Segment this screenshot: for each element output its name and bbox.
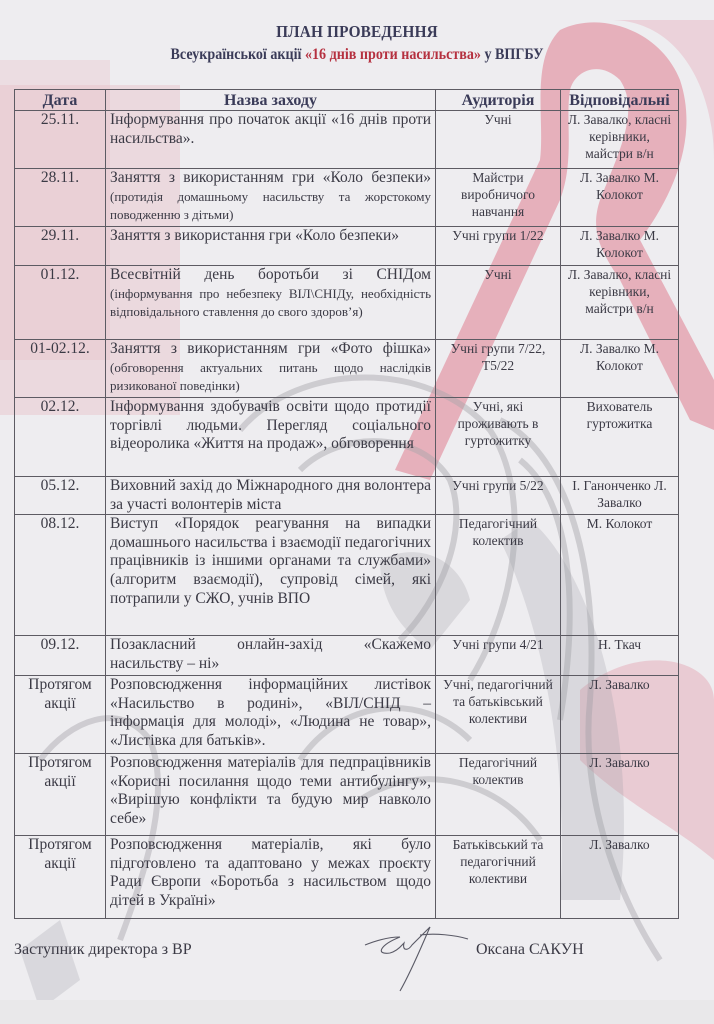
event-date: 09.12.: [15, 636, 106, 676]
event-date: 02.12.: [15, 398, 106, 477]
event-name: Заняття з використанням гри «Коло безпек…: [106, 169, 436, 227]
event-date-text: Протягом акції: [28, 836, 91, 872]
event-date: Протягом акції: [15, 754, 106, 836]
event-audience-text: Учні групи 7/22, Т5/22: [451, 341, 546, 373]
event-name-text: Позакласний онлайн-захід «Скажемо насиль…: [110, 636, 431, 672]
event-audience: Учні групи 7/22, Т5/22: [436, 340, 561, 398]
event-audience: Учні групи 5/22: [436, 477, 561, 515]
event-date-text: 01-02.12.: [30, 340, 89, 357]
event-date-text: 08.12.: [41, 515, 80, 532]
event-name-text: Інформування про початок акції «16 днів …: [110, 111, 431, 147]
table-row: 29.11.Заняття з використання гри «Коло б…: [15, 227, 679, 266]
event-responsible: Л. Завалко М. Колокот: [561, 169, 679, 227]
event-audience: Учні групи 1/22: [436, 227, 561, 266]
event-name: Виступ «Порядок реагування на випадки до…: [106, 515, 436, 636]
event-name-text: Заняття з використання гри «Коло безпеки…: [110, 227, 399, 244]
event-date: 08.12.: [15, 515, 106, 636]
event-name-text: Заняття з використанням гри «Коло безпек…: [110, 169, 431, 186]
event-date: Протягом акції: [15, 676, 106, 754]
table-row: 02.12.Інформування здобувачів освіти щод…: [15, 398, 679, 477]
signature-icon: [360, 925, 470, 995]
event-responsible-text: Вихователь гуртожитка: [587, 399, 653, 431]
event-date: 05.12.: [15, 477, 106, 515]
event-audience: Учні: [436, 266, 561, 340]
event-responsible-text: Л. Завалко: [589, 755, 649, 770]
table-row: 09.12.Позакласний онлайн-захід «Скажемо …: [15, 636, 679, 676]
header-event-name: Назва заходу: [106, 90, 436, 111]
event-audience-text: Учні: [484, 267, 511, 282]
event-responsible: Л. Завалко М. Колокот: [561, 340, 679, 398]
event-date-text: 29.11.: [41, 227, 79, 244]
event-name-text: Розповсюдження матеріалів, які було підг…: [110, 836, 431, 909]
event-name-text: Розповсюдження інформаційних листівок «Н…: [110, 676, 431, 749]
header-audience: Аудиторія: [436, 90, 561, 111]
event-responsible-text: Л. Завалко: [589, 677, 649, 692]
event-name-note: (протидія домашньому насильству та жорст…: [110, 189, 431, 223]
event-name-text: Всесвітній день боротьби зі СНІДом: [110, 266, 431, 283]
event-audience-text: Майстри виробничого навчання: [461, 170, 535, 219]
event-audience: Учні, які проживають в гуртожитку: [436, 398, 561, 477]
event-audience-text: Учні: [484, 112, 511, 127]
event-audience: Учні: [436, 111, 561, 169]
event-name: Розповсюдження інформаційних листівок «Н…: [106, 676, 436, 754]
event-date: 25.11.: [15, 111, 106, 169]
event-name: Інформування про початок акції «16 днів …: [106, 111, 436, 169]
event-responsible-text: М. Колокот: [587, 516, 653, 531]
event-responsible-text: Л. Завалко: [589, 837, 649, 852]
table-row: Протягом акціїРозповсюдження матеріалів,…: [15, 836, 679, 919]
event-responsible: Л. Завалко М. Колокот: [561, 227, 679, 266]
signatory-position: Заступник директора з ВР: [14, 941, 192, 959]
event-date: 01.12.: [15, 266, 106, 340]
event-audience-text: Учні, педагогічний та батьківський колек…: [443, 677, 553, 726]
event-responsible-text: Л. Завалко М. Колокот: [580, 170, 659, 202]
table-row: 08.12.Виступ «Порядок реагування на випа…: [15, 515, 679, 636]
event-name: Всесвітній день боротьби зі СНІДом (інфо…: [106, 266, 436, 340]
event-date-text: 28.11.: [41, 169, 79, 186]
event-responsible: Л. Завалко: [561, 836, 679, 919]
event-responsible: Л. Завалко, класні керівники, майстри в/…: [561, 266, 679, 340]
signatory-name: Оксана САКУН: [476, 941, 584, 959]
event-name-note: (обговорення актуальних питань щодо насл…: [110, 360, 431, 394]
table-row: 28.11.Заняття з використанням гри «Коло …: [15, 169, 679, 227]
event-name: Розповсюдження матеріалів, які було підг…: [106, 836, 436, 919]
event-date-text: 01.12.: [41, 266, 80, 283]
event-name-note: (інформування про небезпеку ВІЛ\СНІДу, н…: [110, 286, 431, 320]
event-responsible-text: Л. Завалко М. Колокот: [580, 341, 659, 373]
event-responsible-text: Н. Ткач: [598, 637, 641, 652]
event-date-text: 02.12.: [41, 398, 80, 415]
event-responsible: Л. Завалко, класні керівники, майстри в/…: [561, 111, 679, 169]
event-date-text: Протягом акції: [28, 754, 91, 790]
event-audience-text: Учні групи 5/22: [452, 478, 543, 493]
subtitle-prefix: Всеукраїнської акції: [171, 46, 305, 63]
document-subtitle: Всеукраїнської акції «16 днів проти наси…: [43, 46, 671, 64]
event-responsible-text: Л. Завалко, класні керівники, майстри в/…: [568, 267, 671, 316]
event-responsible-text: І. Ганонченко Л. Завалко: [572, 478, 666, 510]
event-responsible: Вихователь гуртожитка: [561, 398, 679, 477]
event-date-text: 05.12.: [41, 477, 80, 494]
event-date-text: 09.12.: [41, 636, 80, 653]
event-date-text: Протягом акції: [28, 676, 91, 712]
event-audience: Педагогічний колектив: [436, 515, 561, 636]
event-audience-text: Учні, які проживають в гуртожитку: [458, 399, 539, 448]
subtitle-highlight: «16 днів проти насильства»: [305, 46, 481, 63]
event-name: Виховний захід до Міжнародного дня волон…: [106, 477, 436, 515]
event-date: 01-02.12.: [15, 340, 106, 398]
event-audience: Батьківський та педагогічний колективи: [436, 836, 561, 919]
event-audience: Педагогічний колектив: [436, 754, 561, 836]
event-audience-text: Батьківський та педагогічний колективи: [453, 837, 544, 886]
event-date: 29.11.: [15, 227, 106, 266]
table-header-row: Дата Назва заходу Аудиторія Відповідальн…: [15, 90, 679, 111]
event-responsible-text: Л. Завалко, класні керівники, майстри в/…: [568, 112, 671, 161]
event-responsible: І. Ганонченко Л. Завалко: [561, 477, 679, 515]
event-responsible-text: Л. Завалко М. Колокот: [580, 228, 659, 260]
event-responsible: М. Колокот: [561, 515, 679, 636]
event-plan-table: Дата Назва заходу Аудиторія Відповідальн…: [14, 89, 679, 919]
table-row: Протягом акціїРозповсюдження матеріалів …: [15, 754, 679, 836]
event-name-text: Виховний захід до Міжнародного дня волон…: [110, 477, 431, 513]
event-name-text: Розповсюдження матеріалів для педпрацівн…: [110, 754, 431, 827]
header-date: Дата: [15, 90, 106, 111]
event-audience: Майстри виробничого навчання: [436, 169, 561, 227]
event-responsible: Л. Завалко: [561, 754, 679, 836]
event-name: Розповсюдження матеріалів для педпрацівн…: [106, 754, 436, 836]
document-page: ПЛАН ПРОВЕДЕННЯ Всеукраїнської акції «16…: [0, 0, 714, 1024]
event-audience: Учні групи 4/21: [436, 636, 561, 676]
event-audience-text: Учні групи 4/21: [452, 637, 543, 652]
table-row: 05.12.Виховний захід до Міжнародного дня…: [15, 477, 679, 515]
event-audience-text: Педагогічний колектив: [459, 755, 537, 787]
event-audience-text: Педагогічний колектив: [459, 516, 537, 548]
event-responsible: Л. Завалко: [561, 676, 679, 754]
event-name-text: Інформування здобувачів освіти щодо прот…: [110, 398, 431, 452]
event-audience-text: Учні групи 1/22: [452, 228, 543, 243]
document-title: ПЛАН ПРОВЕДЕННЯ: [36, 22, 679, 42]
header-responsible: Відповідальні: [561, 90, 679, 111]
event-date-text: 25.11.: [41, 111, 79, 128]
event-name: Позакласний онлайн-захід «Скажемо насиль…: [106, 636, 436, 676]
table-row: 01-02.12.Заняття з використанням гри «Фо…: [15, 340, 679, 398]
event-name-text: Виступ «Порядок реагування на випадки до…: [110, 515, 431, 606]
event-date: 28.11.: [15, 169, 106, 227]
event-responsible: Н. Ткач: [561, 636, 679, 676]
table-row: Протягом акціїРозповсюдження інформаційн…: [15, 676, 679, 754]
event-name-text: Заняття з використанням гри «Фото фішка»: [110, 340, 431, 357]
event-name: Заняття з використанням гри «Фото фішка»…: [106, 340, 436, 398]
table-row: 25.11.Інформування про початок акції «16…: [15, 111, 679, 169]
subtitle-suffix: у ВПГБУ: [481, 46, 544, 63]
event-date: Протягом акції: [15, 836, 106, 919]
event-name: Заняття з використання гри «Коло безпеки…: [106, 227, 436, 266]
event-name: Інформування здобувачів освіти щодо прот…: [106, 398, 436, 477]
event-audience: Учні, педагогічний та батьківський колек…: [436, 676, 561, 754]
table-row: 01.12.Всесвітній день боротьби зі СНІДом…: [15, 266, 679, 340]
